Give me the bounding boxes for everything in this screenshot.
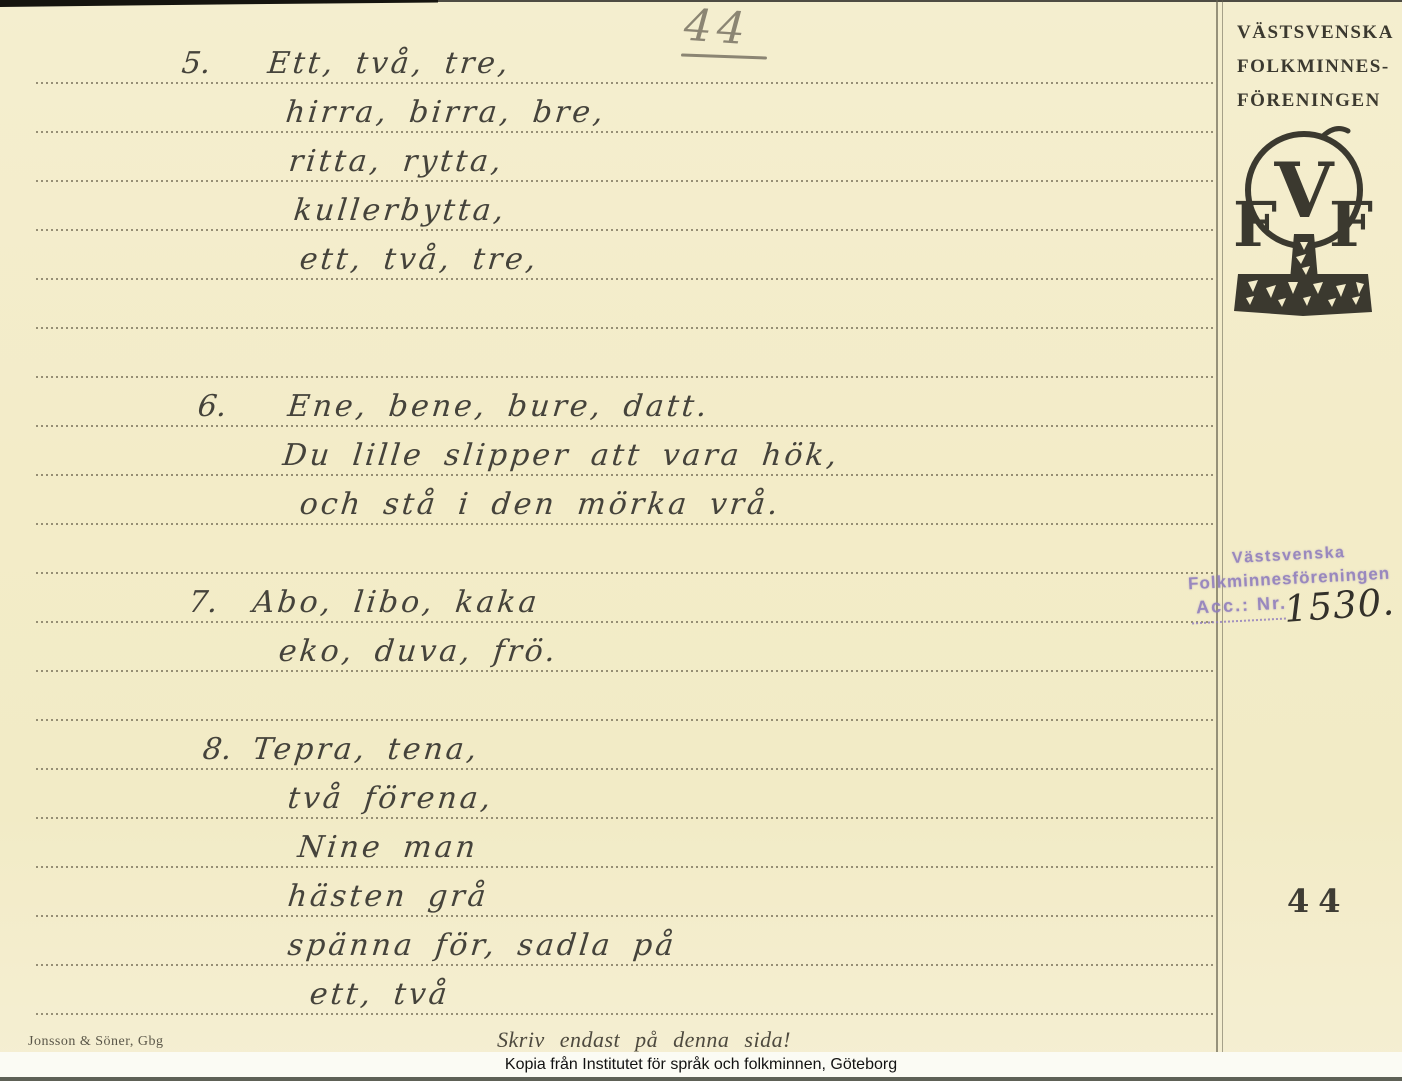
ruled-line (36, 376, 1216, 378)
ruled-line (36, 474, 1216, 476)
handwritten-line: ritta, rytta, (287, 145, 505, 179)
ruled-line (36, 278, 1216, 280)
handwritten-line: hästen grå (286, 880, 490, 914)
handwritten-line: ett, två, tre, (298, 243, 540, 277)
ruled-line (36, 817, 1216, 819)
ruled-line (36, 425, 1216, 427)
scanned-document-page: 44 VÄSTSVENSKA FOLKMINNES- FÖRENINGEN V … (0, 0, 1402, 1081)
handwritten-line: kullerbytta, (292, 194, 508, 228)
vff-thors-hammer-logo-icon: V F F (1228, 104, 1378, 332)
accession-stamp-line1: Västsvenska (1232, 544, 1346, 568)
ruled-line (36, 1013, 1216, 1015)
ruled-line (36, 572, 1216, 574)
margin-divider-rule (1216, 0, 1223, 1053)
ruled-line (36, 768, 1216, 770)
accession-number-handwritten: 1530. (1283, 580, 1397, 631)
handwritten-line: Nine man (296, 831, 480, 865)
handwritten-line: ett, två (308, 978, 451, 1012)
section-number-5: 5. (180, 47, 212, 81)
pencil-page-number-underline (681, 54, 767, 60)
printer-mark: Jonsson & Söner, Gbg (28, 1034, 163, 1050)
accession-stamp-line3: Acc.: Nr. (1196, 593, 1288, 619)
handwritten-line: Ett, två, tre, (266, 47, 512, 81)
logo-letter-f-right: F (1329, 188, 1373, 261)
scan-edge-top-left (0, 0, 438, 7)
section-number-8: 8. (201, 733, 233, 767)
handwritten-line: och stå i den mörka vrå. (298, 488, 782, 522)
copy-caption-bar: Kopia från Institutet för språk och folk… (0, 1052, 1402, 1077)
pencil-page-number: 44 (682, 0, 751, 55)
handwritten-line: Du lille slipper att vara hök, (281, 439, 841, 473)
ruled-line (36, 229, 1216, 231)
ruled-line (36, 866, 1216, 868)
handwritten-line: Tepra, tena, (251, 733, 481, 767)
ruled-line (36, 82, 1216, 84)
logo-letter-v: V (1274, 146, 1336, 235)
organization-name-line1: VÄSTSVENSKA (1237, 22, 1394, 44)
section-number-6: 6. (196, 390, 228, 424)
ruled-line (36, 670, 1216, 672)
write-only-this-side-instruction: Skriv endast på denna sida! (497, 1027, 791, 1053)
logo-letter-f-left: F (1233, 188, 1277, 261)
accession-stamp-underline (1192, 618, 1286, 625)
ruled-line (36, 523, 1216, 525)
handwritten-line: två förena, (286, 782, 495, 816)
ruled-line (36, 621, 1216, 623)
handwritten-line: Ene, bene, bure, datt. (286, 390, 711, 424)
handwritten-line: Abo, libo, kaka (251, 586, 541, 620)
ruled-line (36, 180, 1216, 182)
handwritten-line: spänna för, sadla på (286, 929, 678, 963)
handwritten-line: eko, duva, frö. (277, 635, 560, 669)
section-number-7: 7. (187, 586, 219, 620)
scan-edge-bottom (0, 1077, 1402, 1081)
ruled-line (36, 131, 1216, 133)
ruled-line (36, 915, 1216, 917)
stamped-page-number: 44 (1287, 882, 1350, 920)
ruled-line (36, 327, 1216, 329)
handwritten-line: hirra, birra, bre, (284, 96, 607, 130)
copy-caption-text: Kopia från Institutet för språk och folk… (505, 1056, 897, 1074)
ruled-line (36, 719, 1216, 721)
organization-name-line2: FOLKMINNES- (1237, 56, 1390, 78)
ruled-line (36, 964, 1216, 966)
